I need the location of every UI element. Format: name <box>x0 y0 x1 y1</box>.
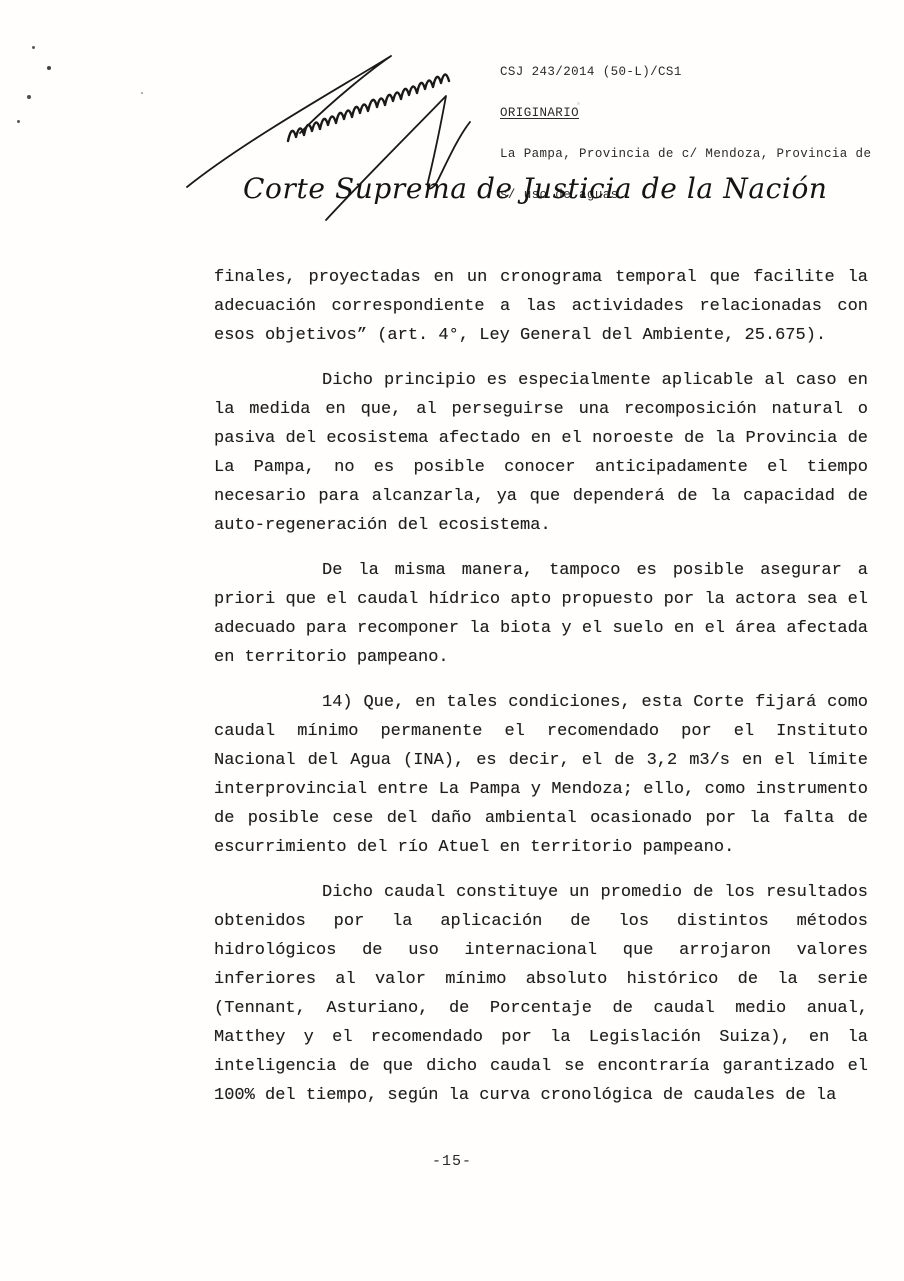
court-name: Corte Suprema de Justicia de la Nación <box>243 172 828 205</box>
scan-artifact-dot <box>141 92 143 94</box>
document-page: CSJ 243/2014 (50-L)/CS1 ORIGINARIO La Pa… <box>0 0 904 1281</box>
case-type: ORIGINARIO <box>500 107 871 121</box>
scan-artifact-dot <box>32 46 35 49</box>
scan-artifact-dot <box>47 66 51 70</box>
case-caption-line1: La Pampa, Provincia de c/ Mendoza, Provi… <box>500 148 871 162</box>
scan-artifact-dot <box>27 95 31 99</box>
body-paragraph: Dicho principio es especialmente aplicab… <box>214 366 868 540</box>
body-paragraph: 14) Que, en tales condiciones, esta Cort… <box>214 688 868 862</box>
case-number: CSJ 243/2014 (50-L)/CS1 <box>500 66 871 80</box>
decision-body: finales, proyectadas en un cronograma te… <box>214 263 868 1110</box>
body-paragraph: Dicho caudal constituye un promedio de l… <box>214 878 868 1110</box>
page-number: -15- <box>0 1153 904 1170</box>
body-paragraph: De la misma manera, tampoco es posible a… <box>214 556 868 672</box>
scan-artifact-dot <box>17 120 20 123</box>
body-paragraph: finales, proyectadas en un cronograma te… <box>214 263 868 350</box>
